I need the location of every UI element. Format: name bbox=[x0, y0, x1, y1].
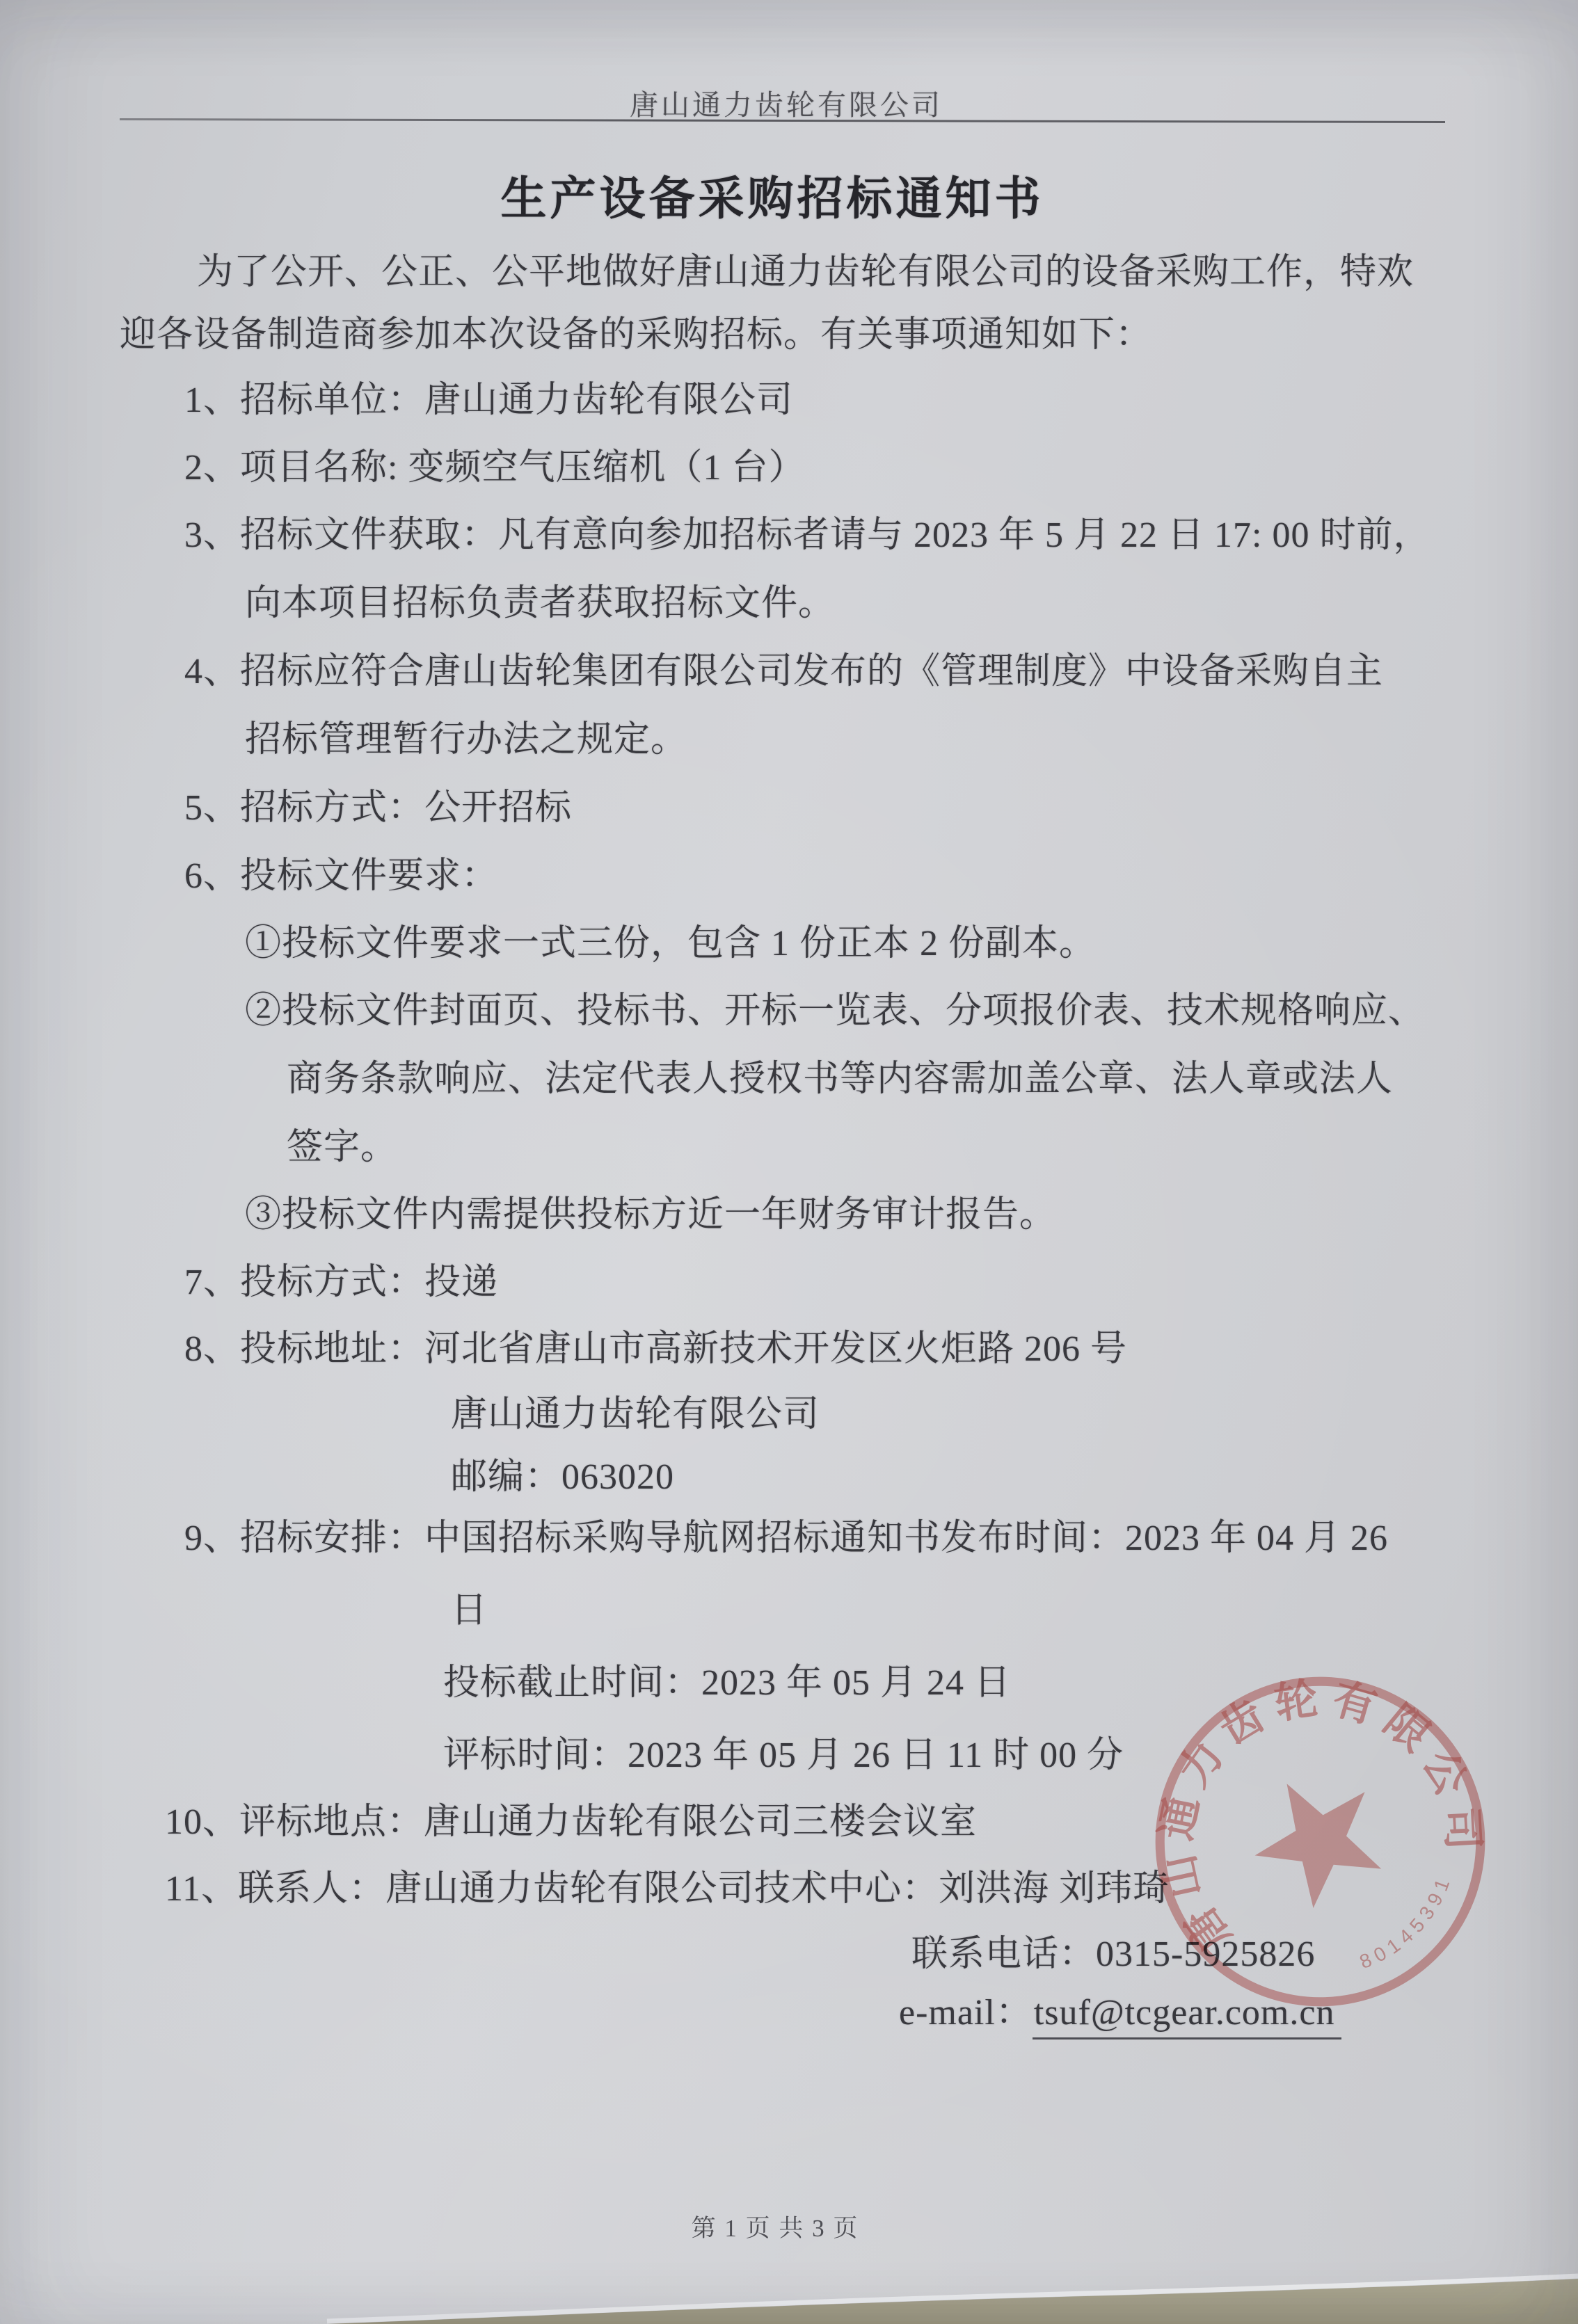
address-line: 唐山通力齿轮有限公司 bbox=[451, 1394, 820, 1436]
list-item: 10、评标地点：唐山通力齿轮有限公司三楼会议室 bbox=[165, 1802, 977, 1843]
svg-text:80145391: 80145391 bbox=[1343, 1867, 1471, 1974]
page-number-footer: 第 1 页 共 3 页 bbox=[0, 2209, 1564, 2244]
sub-item: ③投标文件内需提供投标方近一年财务审计报告。 bbox=[245, 1194, 1056, 1236]
list-item: 7、投标方式：投递 bbox=[184, 1262, 498, 1304]
list-item-continuation: 日 bbox=[451, 1590, 488, 1632]
list-item: 11、联系人：唐山通力齿轮有限公司技术中心：刘洪海 刘玮琦 bbox=[165, 1868, 1170, 1910]
list-item: 2、项目名称: 变频空气压缩机（1 台） bbox=[184, 447, 805, 489]
postal-code-line: 邮编：063020 bbox=[451, 1457, 674, 1498]
seal-star-icon bbox=[1232, 1752, 1403, 1921]
list-item: 8、投标地址：河北省唐山市高新技术开发区火炬路 206 号 bbox=[184, 1329, 1127, 1370]
seal-company-text: 唐山通力齿轮有限公司 bbox=[1145, 1666, 1496, 1965]
evaluation-time-line: 评标时间：2023 年 05 月 26 日 11 时 00 分 bbox=[443, 1735, 1124, 1777]
list-item: 9、招标安排：中国招标采购导航网招标通知书发布时间：2023 年 04 月 26 bbox=[184, 1518, 1388, 1560]
sub-item-continuation: 签字。 bbox=[287, 1127, 397, 1169]
email-address: tsuf@tcgear.com.cn bbox=[1033, 1993, 1342, 2039]
header-company-name: 唐山通力齿轮有限公司 bbox=[0, 82, 1572, 123]
list-item: 1、招标单位：唐山通力齿轮有限公司 bbox=[184, 380, 793, 422]
list-item: 3、招标文件获取：凡有意向参加招标者请与 2023 年 5 月 22 日 17:… bbox=[184, 515, 1430, 556]
sub-item: ①投标文件要求一式三份，包含 1 份正本 2 份副本。 bbox=[245, 923, 1096, 965]
list-item: 4、招标应符合唐山齿轮集团有限公司发布的《管理制度》中设备采购自主 bbox=[184, 651, 1383, 693]
intro-line: 为了公开、公正、公平地做好唐山通力齿轮有限公司的设备采购工作，特欢 bbox=[197, 252, 1414, 294]
seal-serial-number: 80145391 bbox=[1343, 1867, 1471, 1974]
list-item-continuation: 向本项目招标负责者获取招标文件。 bbox=[245, 583, 835, 625]
intro-line: 迎各设备制造商参加本次设备的采购招标。有关事项通知如下： bbox=[120, 314, 1152, 356]
sub-item: ②投标文件封面页、投标书、开标一览表、分项报价表、技术规格响应、 bbox=[245, 991, 1425, 1032]
deadline-line: 投标截止时间：2023 年 05 月 24 日 bbox=[443, 1662, 1011, 1704]
list-item: 5、招标方式：公开招标 bbox=[184, 787, 572, 829]
page-title: 生产设备采购招标通知书 bbox=[0, 161, 1561, 227]
paper-bottom-edge bbox=[0, 2258, 1578, 2324]
sub-item-continuation: 商务条款响应、法定代表人授权书等内容需加盖公章、法人章或法人 bbox=[287, 1059, 1393, 1100]
list-item: 6、投标文件要求： bbox=[184, 856, 498, 897]
contact-phone: 联系电话：0315-5925826 bbox=[911, 1934, 1315, 1976]
document-photo: 唐山通力齿轮有限公司 生产设备采购招标通知书 为了公开、公正、公平地做好唐山通力… bbox=[0, 0, 1578, 2324]
list-item-continuation: 招标管理暂行办法之规定。 bbox=[245, 719, 687, 761]
svg-text:唐山通力齿轮有限公司: 唐山通力齿轮有限公司 bbox=[1145, 1666, 1496, 1965]
contact-email-line: e-mail：tsuf@tcgear.com.cn bbox=[899, 1992, 1341, 2034]
email-label: e-mail： bbox=[899, 1993, 1033, 2033]
